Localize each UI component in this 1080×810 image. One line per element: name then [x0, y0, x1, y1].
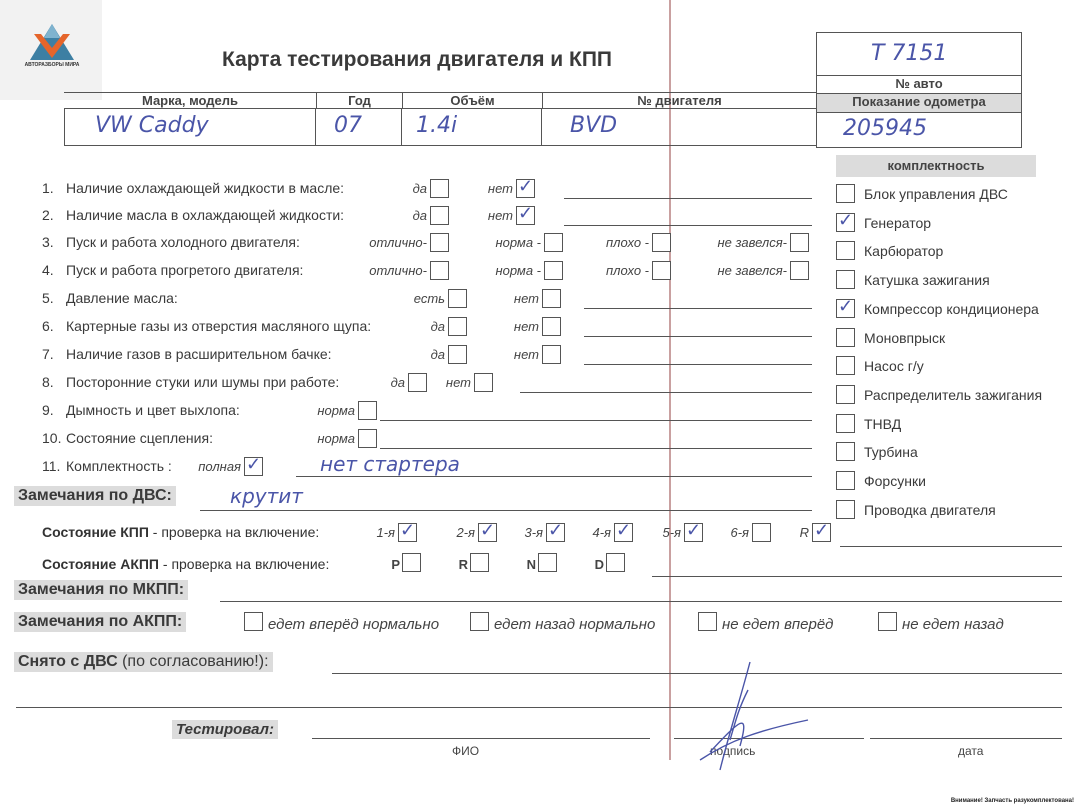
gear-checkbox[interactable]	[402, 553, 421, 572]
option-label: да	[431, 319, 445, 334]
completeness-checkbox[interactable]	[836, 356, 855, 375]
gear-checkbox[interactable]	[606, 553, 625, 572]
completeness-item-label: Катушка зажигания	[864, 272, 990, 288]
gear-label: 2-я	[456, 525, 475, 540]
completeness-item-label: Распределитель зажигания	[864, 387, 1042, 403]
completeness-item-label: Форсунки	[864, 473, 926, 489]
option-label: отлично-	[369, 263, 427, 278]
option-label: плохо -	[606, 235, 649, 250]
option-label: нет	[446, 375, 471, 390]
year-field[interactable]: 07	[316, 108, 402, 146]
date-line[interactable]	[870, 738, 1062, 739]
checkmark-icon: ✓	[518, 204, 533, 222]
option-label: да	[413, 181, 427, 196]
question-checkbox[interactable]	[542, 317, 561, 336]
checkmark-icon: ✓	[814, 521, 829, 539]
gear-checkbox[interactable]	[538, 553, 557, 572]
answer-line[interactable]	[564, 198, 812, 199]
mkpp-remarks-label: Замечания по МКПП:	[14, 580, 188, 600]
question-text: Комплектность :	[66, 458, 172, 474]
question-text: Наличие масла в охлаждающей жидкости:	[66, 207, 344, 223]
completeness-item-label: Насос г/у	[864, 358, 924, 374]
checkmark-icon: ✓	[246, 455, 261, 473]
auto-number-field[interactable]: T 7151	[816, 32, 1022, 76]
answer-line[interactable]	[584, 364, 812, 365]
auto-gearbox-suffix: - проверка на включение:	[159, 556, 329, 572]
option-label: норма	[317, 403, 355, 418]
question-number: 5.	[42, 290, 54, 306]
option-label: не завелся-	[717, 263, 787, 278]
option-label: нет	[514, 291, 539, 306]
col-make-model: Марка, модель	[64, 92, 316, 109]
gear-label: 1-я	[376, 525, 395, 540]
question-checkbox[interactable]	[652, 233, 671, 252]
fio-line[interactable]	[312, 738, 650, 739]
question-checkbox[interactable]	[542, 289, 561, 308]
question-checkbox[interactable]	[474, 373, 493, 392]
option-label: отлично-	[369, 235, 427, 250]
question-text: Пуск и работа холодного двигателя:	[66, 234, 300, 250]
col-year: Год	[316, 92, 402, 109]
gear-checkbox[interactable]	[470, 553, 489, 572]
engine-remarks-value[interactable]: крутит	[230, 484, 303, 508]
engine-remarks-line	[200, 510, 812, 511]
manual-gearbox-suffix: - проверка на включение:	[149, 524, 319, 540]
akpp-option-label: не едет вперёд	[722, 616, 833, 633]
footer-warning: Внимание! Запчасть разукомплектована!	[951, 798, 1074, 804]
auto-gearbox-line	[652, 576, 1062, 577]
engine-number-value: BVD	[570, 113, 617, 138]
option-label: есть	[414, 291, 445, 306]
manual-gearbox-label: Состояние КПП - проверка на включение:	[42, 524, 319, 540]
volume-field[interactable]: 1.4i	[402, 108, 542, 146]
manual-gearbox-line	[840, 546, 1062, 547]
option-label: норма -	[495, 235, 541, 250]
engine-number-field[interactable]: BVD	[542, 108, 816, 146]
option-label: нет	[488, 181, 513, 196]
completeness-item-label: Моновпрыск	[864, 330, 945, 346]
completeness-checkbox[interactable]	[836, 241, 855, 260]
answer-line[interactable]	[520, 392, 812, 393]
akpp-option-checkbox[interactable]	[244, 612, 263, 631]
akpp-option-label: не едет назад	[902, 616, 1004, 633]
question-checkbox[interactable]	[448, 289, 467, 308]
checkmark-icon: ✓	[616, 521, 631, 539]
question-checkbox[interactable]	[358, 429, 377, 448]
signature-scribble	[690, 660, 810, 780]
option-label: полная	[198, 459, 241, 474]
answer-line[interactable]	[296, 476, 812, 477]
make-model-value: VW Caddy	[95, 113, 209, 138]
akpp-option-label: едет вперёд нормально	[268, 616, 439, 633]
question-checkbox[interactable]	[358, 401, 377, 420]
volume-value: 1.4i	[416, 113, 457, 138]
completeness-checkbox[interactable]	[836, 270, 855, 289]
question-number: 11.	[42, 458, 60, 474]
completeness-item-label: Генератор	[864, 215, 931, 231]
question-text: Давление масла:	[66, 290, 178, 306]
question-checkbox[interactable]	[448, 317, 467, 336]
question-text: Состояние сцепления:	[66, 430, 213, 446]
question-number: 8.	[42, 374, 54, 390]
completeness-checkbox[interactable]	[836, 184, 855, 203]
option-label: нет	[514, 319, 539, 334]
answer-line[interactable]	[584, 336, 812, 337]
question-number: 4.	[42, 262, 54, 278]
checkmark-icon: ✓	[548, 521, 563, 539]
col-engine-number: № двигателя	[542, 92, 816, 109]
question-number: 10.	[42, 430, 61, 446]
option-label: нет	[488, 208, 513, 223]
akpp-option-checkbox[interactable]	[470, 612, 489, 631]
mkpp-remarks-line[interactable]	[220, 601, 1062, 602]
question-number: 6.	[42, 318, 54, 334]
completeness-checkbox[interactable]	[836, 471, 855, 490]
mountain-v-logo-icon	[30, 24, 74, 60]
engine-remarks-label: Замечания по ДВС:	[14, 486, 176, 506]
question-checkbox[interactable]	[790, 233, 809, 252]
gear-label: 4-я	[592, 525, 611, 540]
question-text: Дымность и цвет выхлопа:	[66, 402, 240, 418]
checkmark-icon: ✓	[838, 211, 853, 229]
answer-line[interactable]	[584, 308, 812, 309]
gear-label: P	[391, 557, 400, 572]
checkmark-icon: ✓	[480, 521, 495, 539]
question-checkbox[interactable]	[652, 261, 671, 280]
gear-checkbox[interactable]	[752, 523, 771, 542]
removed-line-2[interactable]	[16, 707, 1062, 708]
option-label: нет	[514, 347, 539, 362]
completeness-item-label: ТНВД	[864, 416, 901, 432]
question-number: 3.	[42, 234, 54, 250]
checkmark-icon: ✓	[518, 177, 533, 195]
question-checkbox[interactable]	[448, 345, 467, 364]
question-text: Посторонние стуки или шумы при работе:	[66, 374, 339, 390]
odometer-field[interactable]: 205945	[816, 112, 1022, 148]
option-label: да	[431, 347, 445, 362]
question-checkbox[interactable]	[544, 261, 563, 280]
removed-label-bold: Снято с ДВС	[18, 653, 118, 670]
auto-number-label: № авто	[816, 75, 1022, 94]
gear-label: 3-я	[524, 525, 543, 540]
option-label: плохо -	[606, 263, 649, 278]
akpp-option-checkbox[interactable]	[698, 612, 717, 631]
fio-caption: ФИО	[452, 744, 479, 758]
question-checkbox[interactable]	[790, 261, 809, 280]
page-title: Карта тестирования двигателя и КПП	[222, 48, 612, 72]
question-text: Картерные газы из отверстия масляного щу…	[66, 318, 371, 334]
question-checkbox[interactable]	[542, 345, 561, 364]
auto-number-value: T 7151	[871, 41, 947, 66]
question-text: Пуск и работа прогретого двигателя:	[66, 262, 303, 278]
option-label: не завелся-	[717, 235, 787, 250]
option-label: да	[413, 208, 427, 223]
option-label: норма -	[495, 263, 541, 278]
completeness-checkbox[interactable]	[836, 500, 855, 519]
option-label: норма	[317, 431, 355, 446]
checkmark-icon: ✓	[838, 297, 853, 315]
question-checkbox[interactable]	[430, 261, 449, 280]
auto-gearbox-label: Состояние АКПП - проверка на включение:	[42, 556, 329, 572]
question-checkbox[interactable]	[430, 233, 449, 252]
completeness-checkbox[interactable]	[836, 414, 855, 433]
answer-line[interactable]	[380, 420, 812, 421]
year-value: 07	[334, 113, 362, 138]
akpp-option-checkbox[interactable]	[878, 612, 897, 631]
gear-label: R	[800, 525, 809, 540]
completeness-item-label: Проводка двигателя	[864, 502, 996, 518]
completeness-checkbox[interactable]	[836, 328, 855, 347]
gear-label: 5-я	[662, 525, 681, 540]
checkmark-icon: ✓	[400, 521, 415, 539]
akpp-remarks-label: Замечания по АКПП:	[14, 612, 186, 632]
question-checkbox[interactable]	[430, 179, 449, 198]
question-text: Наличие газов в расширительном бачке:	[66, 346, 332, 362]
question-number: 7.	[42, 346, 54, 362]
gear-label: 6-я	[730, 525, 749, 540]
answer-line[interactable]	[564, 225, 812, 226]
tested-by-label: Тестировал:	[172, 720, 278, 739]
question-number: 9.	[42, 402, 54, 418]
gear-label: R	[459, 557, 468, 572]
question-checkbox[interactable]	[408, 373, 427, 392]
completeness-item-label: Турбина	[864, 444, 918, 460]
completeness-note[interactable]: нет стартера	[320, 452, 460, 476]
completeness-title: комплектность	[836, 155, 1036, 177]
completeness-checkbox[interactable]	[836, 442, 855, 461]
completeness-item-label: Компрессор кондиционера	[864, 301, 1039, 317]
gear-label: N	[527, 557, 536, 572]
question-number: 1.	[42, 180, 54, 196]
completeness-item-label: Блок управления ДВС	[864, 186, 1008, 202]
col-volume: Объём	[402, 92, 542, 109]
question-checkbox[interactable]	[430, 206, 449, 225]
completeness-item-label: Карбюратор	[864, 243, 943, 259]
akpp-option-label: едет назад нормально	[494, 616, 655, 633]
completeness-checkbox[interactable]	[836, 385, 855, 404]
auto-gearbox-title: Состояние АКПП	[42, 556, 159, 572]
odometer-value: 205945	[843, 116, 927, 141]
make-model-field[interactable]: VW Caddy	[64, 108, 316, 146]
question-number: 2.	[42, 207, 54, 223]
question-text: Наличие охлаждающей жидкости в масле:	[66, 180, 344, 196]
option-label: да	[391, 375, 405, 390]
removed-label-rest: (по согласованию!):	[118, 653, 269, 670]
manual-gearbox-title: Состояние КПП	[42, 524, 149, 540]
logo-brand-text: АВТОРАЗБОРЫ МИРА	[22, 62, 82, 68]
gear-label: D	[595, 557, 604, 572]
question-checkbox[interactable]	[544, 233, 563, 252]
removed-label: Снято с ДВС (по согласованию!):	[14, 652, 273, 672]
answer-line[interactable]	[380, 448, 812, 449]
checkmark-icon: ✓	[686, 521, 701, 539]
col-odometer: Показание одометра	[816, 93, 1022, 113]
date-caption: дата	[958, 744, 983, 758]
